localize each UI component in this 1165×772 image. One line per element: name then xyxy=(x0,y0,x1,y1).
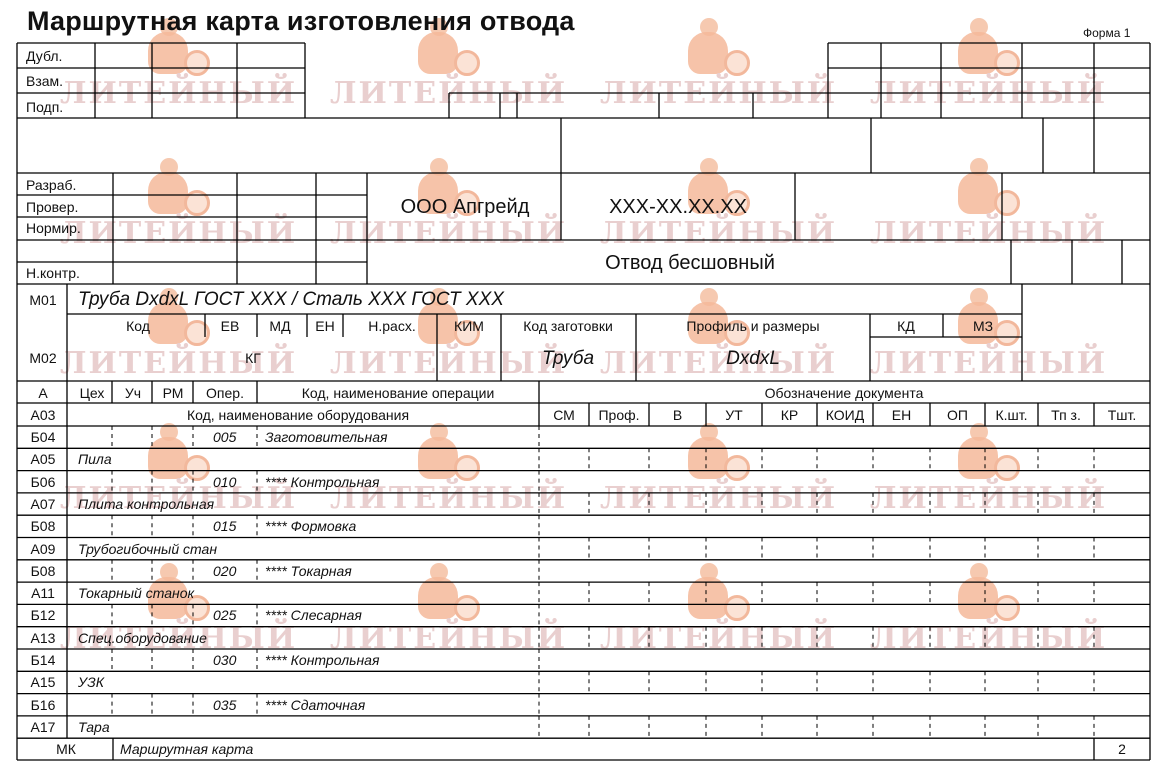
header-b-col: УТ xyxy=(725,407,742,423)
row-code: Б08 xyxy=(31,563,56,579)
header-b-col: Проф. xyxy=(598,407,639,423)
header-a-doc: Обозначение документа xyxy=(765,385,924,401)
header-b-col: ЕН xyxy=(892,407,911,423)
row-code: Б08 xyxy=(31,518,56,534)
header-b-col: СМ xyxy=(553,407,575,423)
row-code: А05 xyxy=(31,451,56,467)
header-a-oper: Опер. xyxy=(206,385,244,401)
operation-number: 030 xyxy=(213,652,236,668)
page-title: Маршрутная карта изготовления отвода xyxy=(27,6,575,37)
m01-material: Труба DxdxL ГОСТ XXX / Сталь XXX ГОСТ XX… xyxy=(78,289,504,311)
m02-header-en: ЕН xyxy=(315,318,334,334)
equipment-name: Пила xyxy=(78,451,112,467)
equipment-name: Токарный станок xyxy=(78,585,194,601)
header-a-code: А xyxy=(38,385,47,401)
header-b-equipment: Код, наименование оборудования xyxy=(187,407,409,423)
organization-name: ООО Апгрейд xyxy=(401,196,530,218)
m02-profile-value: DxdxL xyxy=(726,348,780,370)
row-code: Б12 xyxy=(31,607,56,623)
m02-header-kod: Код xyxy=(126,318,150,334)
operation-name: **** Слесарная xyxy=(265,607,362,623)
m02-code: М02 xyxy=(29,350,56,366)
row-code: Б14 xyxy=(31,652,56,668)
form-label: Форма 1 xyxy=(1083,26,1130,40)
m02-header-kim: КИМ xyxy=(454,318,484,334)
operation-number: 025 xyxy=(213,607,236,623)
operation-number: 015 xyxy=(213,518,236,534)
m02-header-kd: КД xyxy=(897,318,915,334)
operation-name: **** Формовка xyxy=(265,518,356,534)
row-code: А13 xyxy=(31,630,56,646)
row-code: А15 xyxy=(31,674,56,690)
equipment-name: УЗК xyxy=(78,674,104,690)
equipment-name: Тара xyxy=(78,719,110,735)
m02-header-ev: ЕВ xyxy=(221,318,240,334)
sign-label-normir: Нормир. xyxy=(26,220,81,236)
sign-label-prover: Провер. xyxy=(26,199,78,215)
footer-label: Маршрутная карта xyxy=(120,741,253,757)
m01-code: М01 xyxy=(29,292,56,308)
sign-label-razrab: Разраб. xyxy=(26,177,76,193)
m02-header-nrash: Н.расх. xyxy=(368,318,415,334)
row-code: А17 xyxy=(31,719,56,735)
header-b-col: В xyxy=(673,407,682,423)
product-name: Отвод бесшовный xyxy=(605,252,775,274)
m02-header-profile: Профиль и размеры xyxy=(686,318,819,334)
header-b-col: КОИД xyxy=(826,407,864,423)
m02-blank-code-value: Труба xyxy=(542,348,594,370)
m02-header-mz: МЗ xyxy=(973,318,993,334)
header-b-col: Тшт. xyxy=(1108,407,1137,423)
row-code: А09 xyxy=(31,541,56,557)
document-code: XXX-XX.XX.XX xyxy=(609,196,747,218)
operation-name: **** Токарная xyxy=(265,563,352,579)
m02-header-blank-code: Код заготовки xyxy=(523,318,613,334)
operation-number: 010 xyxy=(213,474,236,490)
operation-name: **** Контрольная xyxy=(265,652,379,668)
row-code: Б06 xyxy=(31,474,56,490)
row-code: Б04 xyxy=(31,429,56,445)
page-number: 2 xyxy=(1118,741,1126,757)
operation-name: **** Контрольная xyxy=(265,474,379,490)
equipment-name: Плита контрольная xyxy=(78,496,214,512)
row-code: А07 xyxy=(31,496,56,512)
row-code: А11 xyxy=(31,585,55,601)
operation-number: 005 xyxy=(213,429,236,445)
sign-label-nkontr: Н.контр. xyxy=(26,265,80,281)
m02-ev-value: КГ xyxy=(245,350,261,366)
header-a-rm: РМ xyxy=(163,385,184,401)
row-code: Б16 xyxy=(31,697,56,713)
header-b-col: К.шт. xyxy=(995,407,1027,423)
header-b-col: Тп з. xyxy=(1051,407,1081,423)
operation-number: 020 xyxy=(213,563,236,579)
header-b-col: ОП xyxy=(947,407,968,423)
operation-number: 035 xyxy=(213,697,236,713)
footer-code: МК xyxy=(56,741,76,757)
m02-header-md: МД xyxy=(269,318,290,334)
equipment-name: Трубогибочный стан xyxy=(78,541,217,557)
operation-name: **** Сдаточная xyxy=(265,697,365,713)
stamp-label-dubl: Дубл. xyxy=(26,48,62,64)
header-b-col: КР xyxy=(781,407,799,423)
stamp-label-podp: Подп. xyxy=(26,99,63,115)
header-a-operation: Код, наименование операции xyxy=(302,385,495,401)
header-a-ceh: Цех xyxy=(80,385,105,401)
header-b-code: А03 xyxy=(31,407,56,423)
stamp-label-vzam: Взам. xyxy=(26,73,63,89)
equipment-name: Спец.оборудование xyxy=(78,630,207,646)
header-a-uch: Уч xyxy=(125,385,141,401)
operation-name: Заготовительная xyxy=(265,429,388,445)
